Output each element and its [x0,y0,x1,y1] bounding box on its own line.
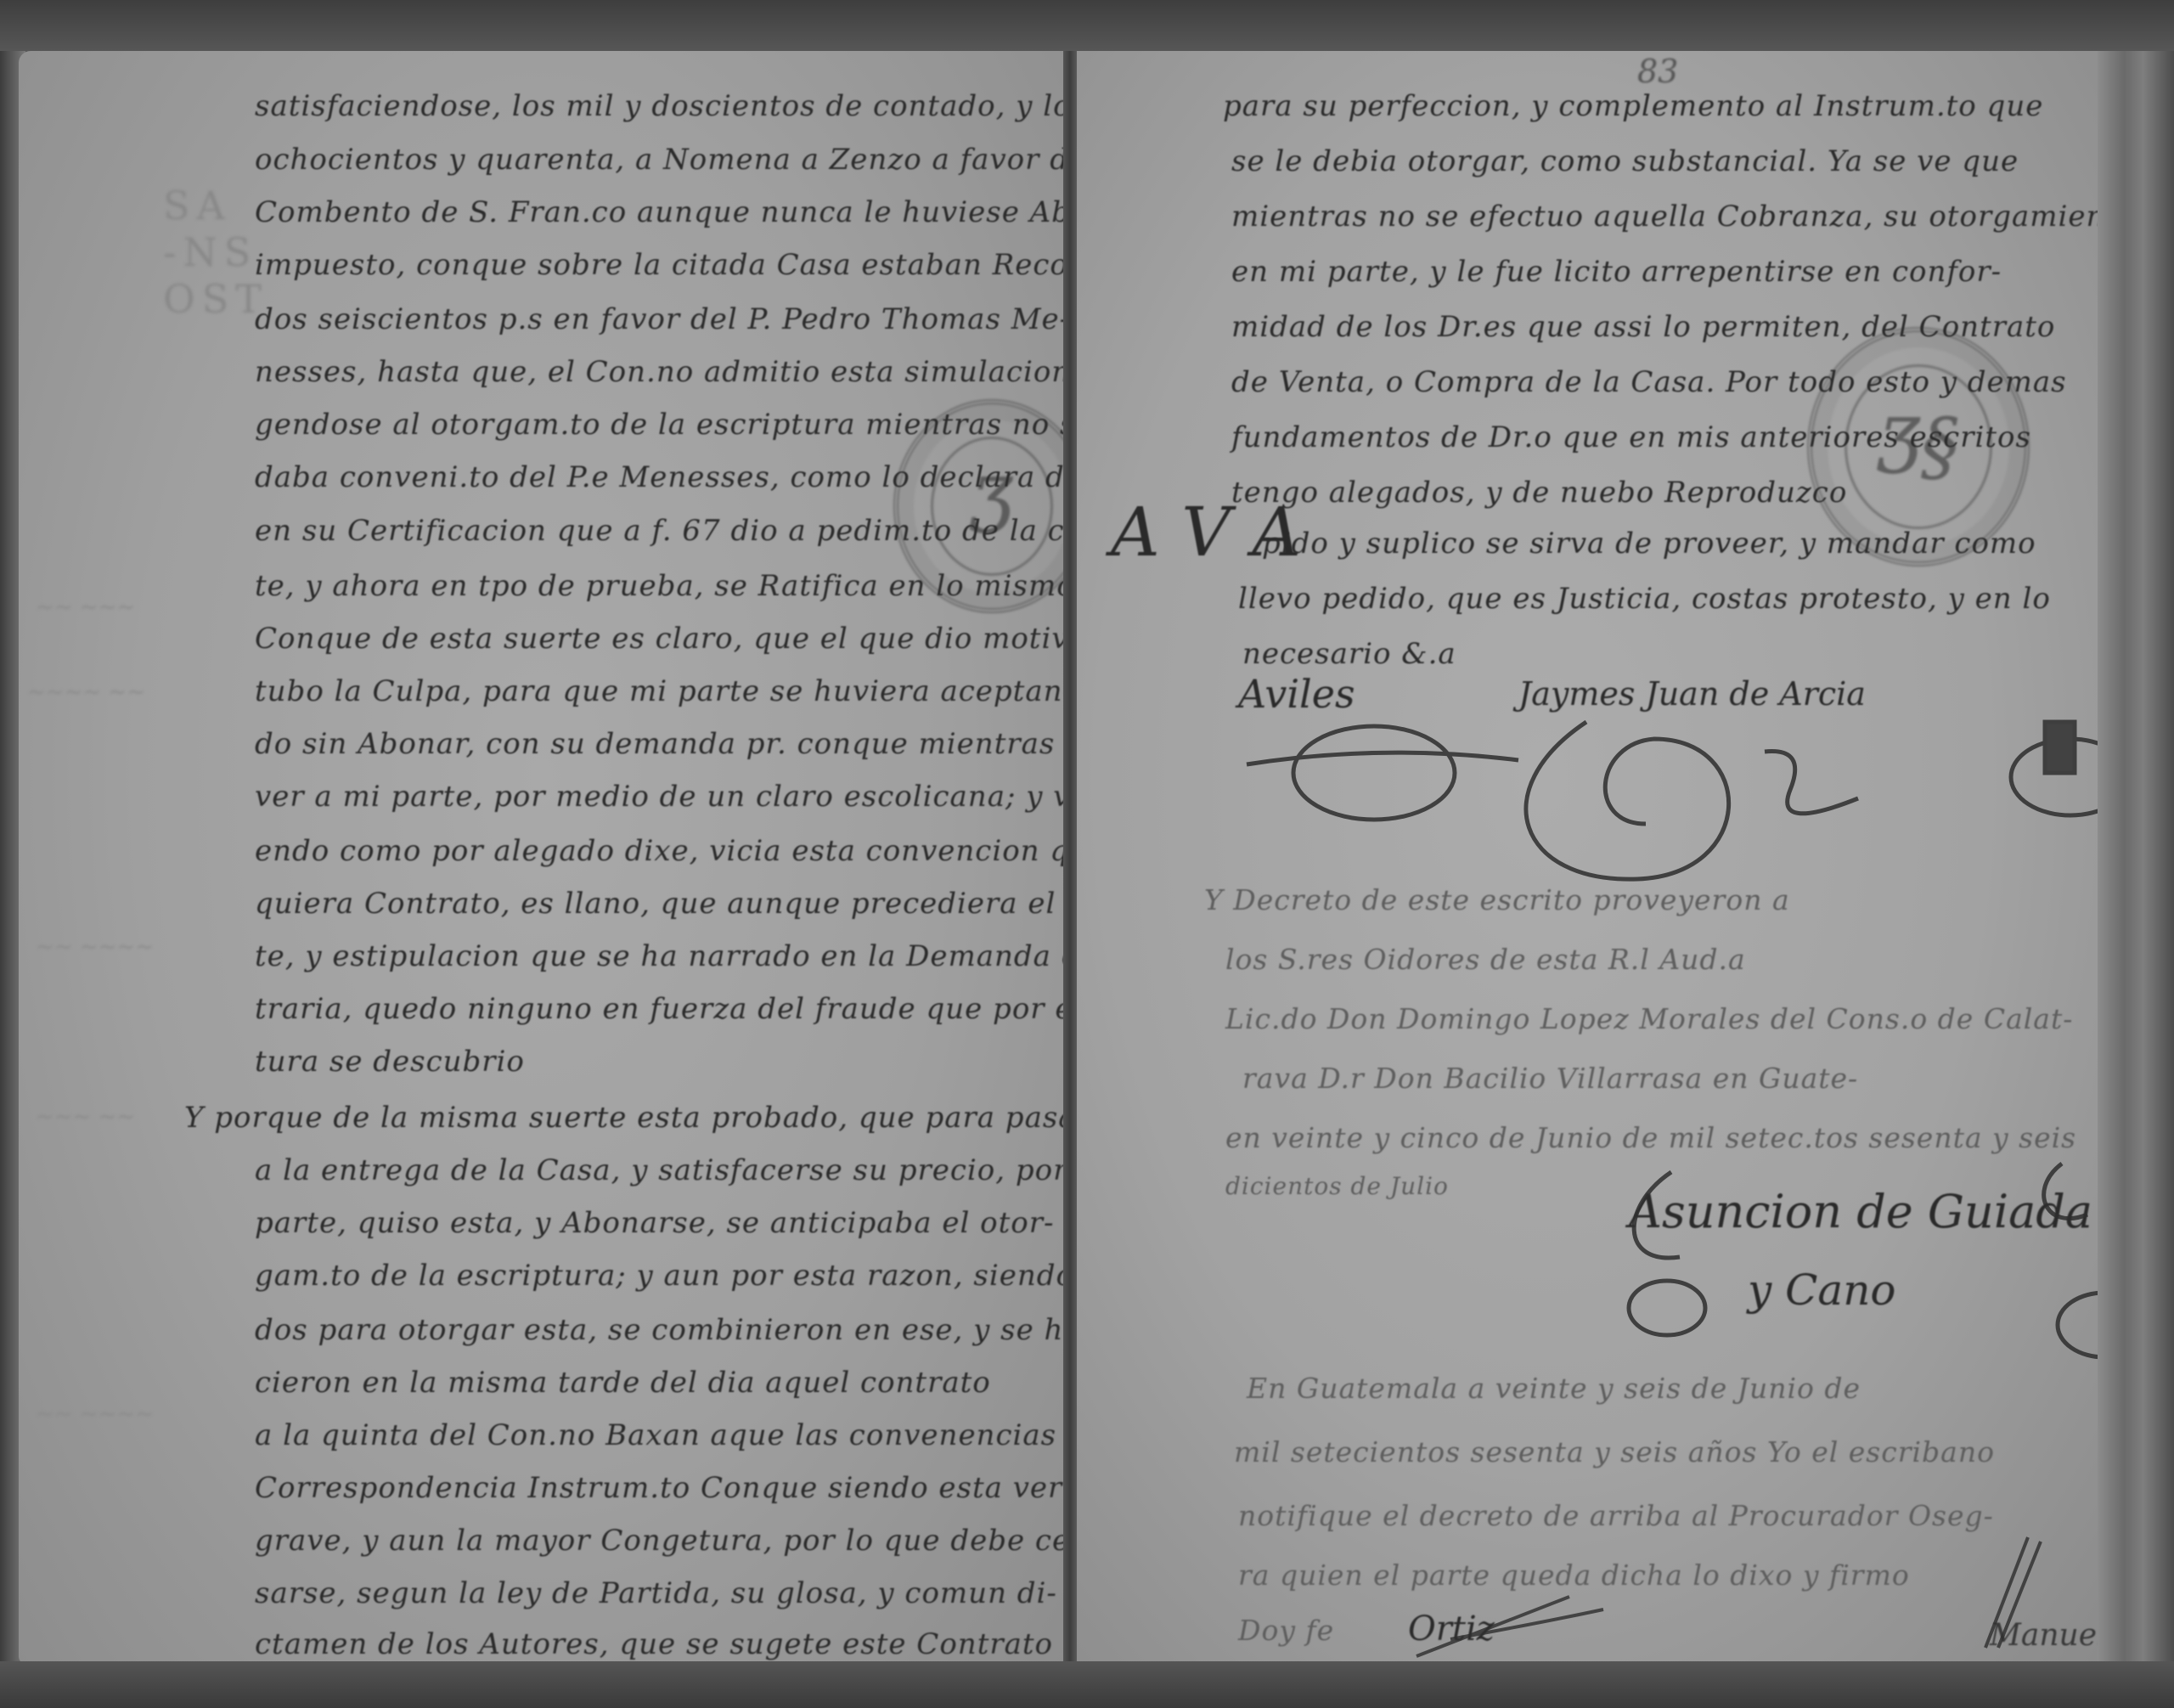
text-line: gam.to de la escriptura; y aun por esta … [255,1259,1065,1293]
text-line: para su perfeccion, y complemento al Ins… [1223,89,2043,123]
text-line: grave, y aun la mayor Congetura, por lo … [255,1524,1065,1558]
text-line: te, y estipulacion que se ha narrado en … [255,939,1065,973]
text-line: en mi parte, y le fue licito arrepentirs… [1231,255,2002,289]
text-line: ctamen de los Autores, que se sugete est… [255,1627,1053,1661]
decree-line: rava D.r Don Bacilio Villarrasa en Guate… [1242,1062,1858,1095]
text-line: a la entrega de la Casa, y satisfacerse … [255,1153,1065,1187]
notification-line: En Guatemala a veinte y seis de Junio de [1247,1372,1861,1405]
text-line: fundamentos de Dr.o que en mis anteriore… [1231,420,2031,454]
text-line: te, y ahora en tpo de prueba, se Ratific… [255,569,1065,603]
text-line: midad de los Dr.es que assi lo permiten,… [1231,310,2055,344]
rubric-flourish-icon [1586,1155,2113,1376]
text-line: impuesto, conque sobre la citada Casa es… [255,248,1065,282]
text-line: gendose al otorgam.to de la escriptura m… [255,408,1065,442]
decree-line: Lic.do Don Domingo Lopez Morales del Con… [1225,1002,2073,1035]
decree-line: dicientos de Julio [1225,1172,1449,1200]
paragraph-start-line: Y porque de la misma suerte esta probado… [184,1101,1065,1135]
right-page: 83 Ʒ§ para su perfeccion, y complemento … [1077,51,2113,1665]
text-line: parte, quiso esta, y Abonarse, se antici… [255,1206,1055,1240]
text-line: ver a mi parte, por medio de un claro es… [255,780,1065,814]
text-line: traria, quedo ninguno en fuerza del frau… [255,992,1065,1026]
text-line: quiera Contrato, es llano, que aunque pr… [255,887,1065,921]
decree-line: Y Decreto de este escrito proveyeron a [1204,883,1790,916]
text-line: Correspondencia Instrum.to Conque siendo… [255,1471,1062,1505]
text-line: llevo pedido, que es Justicia, costas pr… [1238,582,2051,616]
text-line: sarse, segun la ley de Partida, su glosa… [255,1576,1057,1610]
text-line: ochocientos y quarenta, a Nomena a Zenzo… [255,143,1065,177]
text-line: cieron en la misma tarde del dia aquel c… [255,1366,991,1400]
scan-frame-bottom [0,1661,2174,1708]
scan-frame-right [2098,51,2174,1665]
bleed-through-mark: ~~~~ ~~ [27,679,145,705]
left-page: SA -NS OST ~~ ~~~ ~~~~ ~~ ~~ ~~~~ ~~~ ~~… [19,51,1065,1665]
decree-line: en veinte y cinco de Junio de mil setec.… [1225,1121,2076,1154]
text-line: daba conveni.to del P.e Menesses, como l… [255,460,1065,494]
bleed-through-mark: ~~ ~~~~ [36,1401,154,1427]
text-line: Conque de esta suerte es claro, que el q… [255,622,1065,656]
margin-stamp-line-1: SA [163,183,232,228]
rubric-flourish-icon [1400,1529,2113,1665]
decree-line: los S.res Oidores de esta R.l Aud.a [1225,943,1746,976]
bleed-through-mark: ~~~ ~~ [36,1104,135,1130]
margin-stamp-line-3: OST [163,276,268,322]
text-line: en su Certificacion que a f. 67 dio a pe… [255,514,1065,548]
text-line: dos seiscientos p.s en favor del P. Pedr… [255,302,1065,336]
bleed-through-mark: ~~ ~~~ [36,595,135,620]
notification-line: mil setecientos sesenta y seis años Yo e… [1234,1435,1995,1468]
text-line: endo como por alegado dixe, vicia esta c… [255,834,1065,868]
text-line: a la quinta del Con.no Baxan aque las co… [255,1418,1065,1452]
text-line: tura se descubrio [255,1045,525,1079]
bleed-through-mark: ~~ ~~~~ [36,934,154,960]
margin-stamp-line-2: -NS [163,229,257,275]
text-line: tubo la Culpa, para que mi parte se huvi… [255,674,1065,708]
text-line: satisfaciendose, los mil y doscientos de… [255,89,1065,123]
rubric-flourish-icon [1213,662,2113,883]
text-line: do sin Abonar, con su demanda pr. conque… [255,727,1065,761]
text-line: tengo alegados, y de nuebo Reproduzco [1231,476,1847,510]
notification-line: Doy fe [1238,1614,1334,1647]
folio-number: 83 [1637,53,1678,90]
book-gutter [1063,51,1077,1665]
text-line: dos para otorgar esta, se combinieron en… [255,1313,1065,1347]
text-line: pido y suplico se sirva de proveer, y ma… [1262,527,2036,561]
text-line: de Venta, o Compra de la Casa. Por todo … [1231,365,2067,399]
text-line: nesses, hasta que, el Con.no admitio est… [255,355,1065,389]
text-line: Combento de S. Fran.co aunque nunca le h… [255,195,1065,229]
text-line: mientras no se efectuo aquella Cobranza,… [1231,200,2113,234]
notification-line: notifique el decreto de arriba al Procur… [1238,1499,1994,1532]
text-line: se le debia otorgar, como substancial. Y… [1231,144,2019,178]
